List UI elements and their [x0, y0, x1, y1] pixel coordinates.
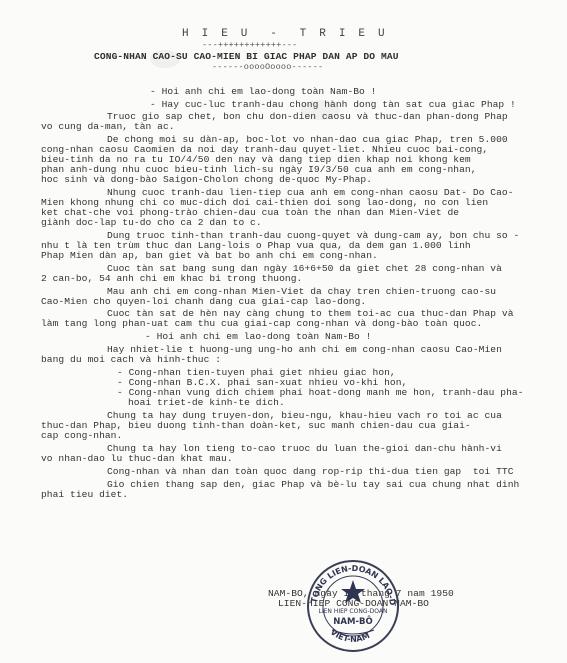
subtitle-rule: ------ooooOoooo------: [212, 62, 323, 72]
document-subtitle: CONG-NHAN CAO-SU CAO-MIEN BI GIAC PHAP D…: [94, 51, 399, 62]
document-line: Cong-nhan và nhan dan toàn quoc dang rop…: [107, 467, 514, 477]
document-line: làm tang long phan-uat cam thu cua giai-…: [41, 319, 482, 329]
star-icon: [341, 580, 365, 603]
document-line: vo cung da-man, tàn ac.: [41, 122, 175, 132]
stamp-inner-line1: LIEN HIEP CONG-DOAN: [319, 608, 388, 615]
document-line: Phap Mien dàn ap, ban giet và bat bo anh…: [41, 251, 378, 261]
stamp-inner-line2: NAM-BÔ: [333, 615, 372, 627]
document-line: bang du moi cach và hinh-thuc :: [41, 355, 221, 365]
document-line: - Hoi anh chi em lao-dong toàn Nam-Bo !: [145, 332, 371, 342]
document-line: - Hoi anh chi em lao-dong toàn Nam-Bo !: [150, 87, 376, 97]
document-line: cap cong-nhan.: [41, 431, 122, 441]
document-line: hoc sinh và dong-bào Saigon-Cholon chong…: [41, 175, 372, 185]
document-title: H I E U - T R I E U: [182, 28, 388, 40]
union-stamp: TONG LIEN-DOAN LAO-DONG VIET-NAM LIEN HI…: [304, 558, 402, 654]
document-line: vo nhan-dao lu thuc-dan khat mau.: [41, 454, 233, 464]
document-line: phai tieu diet.: [41, 490, 128, 500]
document-line: giành doc-lap tu-do cho ca 2 dan to c.: [41, 218, 262, 228]
document-line: Cao-Mien cho quyen-loi chanh dang cua gi…: [41, 297, 366, 307]
document-line: hoai triet-de kinh-te dich.: [128, 398, 285, 408]
document-line: - Hay cuc-luc tranh-dau chong hành dong …: [150, 100, 516, 110]
document-line: 2 can-bo, 54 anh chi em khac bi trong th…: [41, 274, 302, 284]
title-rule: ---++++++++++++---: [202, 40, 297, 50]
document-line: Gio chien thang sap den, giac Phap và bè…: [107, 480, 519, 490]
document-page: H I E U - T R I E U ---++++++++++++--- C…: [0, 0, 567, 663]
svg-text:VIET-NAM: VIET-NAM: [329, 627, 371, 643]
